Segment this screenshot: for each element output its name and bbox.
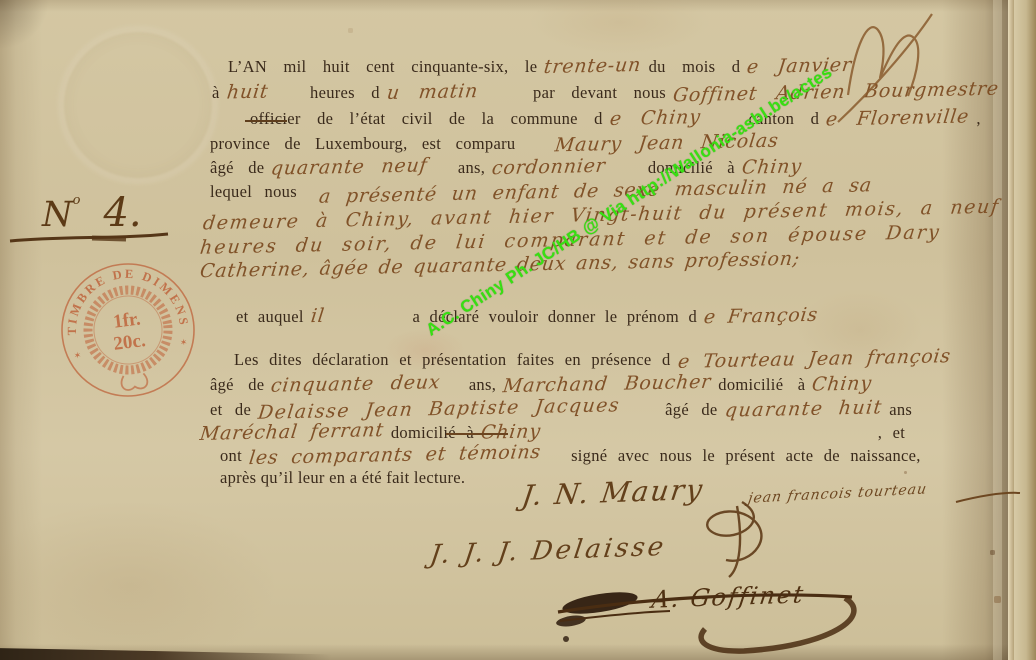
handwritten-text: Marchand Boucher bbox=[502, 371, 713, 397]
printed-text: par devant nous bbox=[533, 83, 666, 102]
bottom-shadow-wedge bbox=[0, 646, 345, 660]
act-line-1: L’AN mil huit cent cinquante-six, letren… bbox=[228, 55, 859, 77]
handwritten-text: Chiny bbox=[811, 372, 873, 395]
stamp-wreath-bow bbox=[121, 373, 148, 391]
printed-text: âgé de bbox=[210, 158, 264, 177]
printed-text: signé avec nous le présent acte de naiss… bbox=[571, 446, 921, 465]
printed-text: domicilié à bbox=[391, 423, 474, 442]
handwritten-text: les comparants et témoins bbox=[248, 441, 543, 469]
goffinet-ink-blot bbox=[555, 588, 639, 642]
stamp-right-ornament-icon: ✶ bbox=[179, 337, 188, 348]
printed-text: ans bbox=[889, 400, 912, 419]
printed-text: après qu’il leur en a été fait lecture. bbox=[220, 468, 465, 487]
printed-text: province de Luxembourg, est comparu bbox=[210, 134, 515, 153]
printed-text: ans, bbox=[469, 375, 496, 394]
handwritten-text: trente-un bbox=[543, 54, 643, 78]
stamp-value-centimes: 20c. bbox=[112, 330, 147, 355]
handwritten-text: e Tourteau Jean françois bbox=[676, 345, 952, 373]
act-line-15: ontles comparants et témoinssigné avec n… bbox=[220, 444, 928, 466]
printed-text: et de bbox=[210, 400, 251, 419]
act-line-16-lecture: après qu’il leur en a été fait lecture. bbox=[220, 468, 472, 488]
handwritten-text: quarante huit bbox=[723, 396, 883, 421]
handwritten-text: quarante neuf bbox=[270, 154, 429, 179]
printed-text: ont bbox=[220, 446, 242, 465]
printed-text: et auquel bbox=[236, 307, 304, 326]
signature-goffinet: A. Goffinet bbox=[650, 580, 807, 613]
handwritten-text: e François bbox=[703, 304, 820, 328]
paper-specks bbox=[0, 0, 1, 1]
act-line-13: et deDelaisse Jean Baptiste Jacquesâgé d… bbox=[210, 398, 919, 420]
maury-paraph bbox=[707, 502, 761, 577]
handwritten-text: Delaisse Jean Baptiste Jacques bbox=[257, 394, 622, 424]
handwritten-text: Maréchal ferrant bbox=[199, 419, 385, 445]
printed-text: heures d bbox=[310, 83, 380, 102]
margin-act-number: No4. bbox=[42, 190, 142, 236]
printed-text: à bbox=[212, 83, 220, 102]
act-line-2: àhuitheures du matinpar devant nousGoffi… bbox=[212, 81, 1006, 103]
act-number-superscript: o bbox=[73, 193, 82, 208]
act-number-prefix: N bbox=[42, 195, 73, 235]
handwritten-text: e Chiny bbox=[608, 106, 701, 130]
handwritten-text: cordonnier bbox=[491, 155, 607, 179]
timbre-de-dimension-stamp: TIMBRE DE DIMENSION. ✶ ✶ 1fr. 20c. bbox=[50, 252, 206, 408]
printed-text: lequel nous bbox=[210, 182, 297, 201]
printed-text: Les dites déclaration et présentation fa… bbox=[234, 350, 671, 369]
handwritten-text: e Florenville bbox=[825, 105, 971, 130]
act-line-10-prenom: et auquelila déclaré vouloir donner le p… bbox=[236, 305, 825, 327]
handwritten-text: cinquante deux bbox=[270, 371, 442, 397]
handwritten-text: e Janvier bbox=[746, 54, 853, 78]
printed-text: âgé de bbox=[210, 375, 264, 394]
act-line-12: âgé decinquante deuxans,Marchand Boucher… bbox=[210, 373, 879, 395]
handwritten-text: huit bbox=[225, 81, 269, 104]
handwritten-text: Goffinet Adrien Bourgmestre bbox=[672, 78, 1000, 107]
handwritten-text: u matin bbox=[386, 80, 480, 104]
printed-text: ans, bbox=[458, 158, 485, 177]
act-line-14: Maréchal ferrantdomicilié àChiny, et bbox=[200, 421, 912, 443]
margin-underline-blob bbox=[92, 238, 126, 239]
handwritten-text: il bbox=[309, 305, 325, 327]
printed-text: domicilié à bbox=[718, 375, 805, 394]
embossed-blind-seal bbox=[58, 26, 218, 184]
act-line-6: lequel nousa présenté un enfant de sexe … bbox=[210, 180, 879, 202]
signature-maury: J. N. Maury bbox=[520, 473, 707, 513]
printed-text: du mois d bbox=[649, 57, 741, 76]
act-line-3: officier de l’état civil de la commune d… bbox=[250, 107, 988, 129]
act-line-5: âgé dequarante neufans,cordonnierdomicil… bbox=[210, 156, 809, 178]
signature-tourteau: jean francois tourteau bbox=[747, 481, 928, 507]
stamp-value-francs: 1fr. bbox=[112, 308, 142, 332]
stamp-left-ornament-icon: ✶ bbox=[73, 350, 82, 361]
signature-delaisse: J. J. J. Delaisse bbox=[428, 532, 668, 570]
underlying-sheet-edge bbox=[1014, 0, 1036, 660]
printed-text: , bbox=[976, 109, 980, 128]
act-number-value: 4. bbox=[103, 190, 141, 236]
printed-text: âgé de bbox=[665, 400, 717, 419]
scanned-birth-act-page: No4. TIMBRE DE DIMENSION. ✶ ✶ 1fr. 20c. … bbox=[0, 0, 1036, 660]
printed-text: , et bbox=[878, 423, 905, 442]
printed-text: L’AN mil huit cent cinquante-six, le bbox=[228, 57, 537, 76]
act-line-11-witnesses: Les dites déclaration et présentation fa… bbox=[234, 348, 957, 370]
printed-text: officier de l’état civil de la commune d bbox=[250, 109, 603, 128]
